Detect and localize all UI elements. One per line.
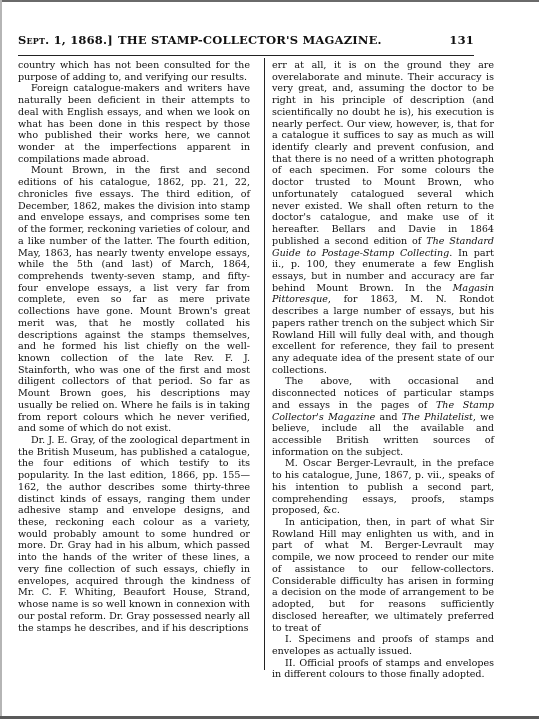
right-column: err at all, it is on the ground they are…: [272, 60, 494, 681]
paragraph: The above, with occasional and disconnec…: [272, 376, 494, 458]
text-run: and: [375, 412, 401, 423]
column-divider: [264, 58, 265, 670]
left-column: country which has not been consulted for…: [18, 60, 250, 634]
paragraph: country which has not been consulted for…: [18, 60, 250, 83]
paragraph: In anticipation, then, in part of what S…: [272, 517, 494, 634]
header-rule: [18, 55, 474, 56]
text-run: , for 1863, M. N. Rondot describes a lar…: [272, 294, 494, 375]
paragraph: Foreign catalogue-makers and writers hav…: [18, 83, 250, 165]
text-run: err at all, it is on the ground they are…: [272, 60, 494, 247]
page-border-left: [0, 0, 2, 719]
magazine-title: THE STAMP-COLLECTOR'S MAGAZINE.: [118, 33, 382, 47]
paragraph: Dr. J. E. Gray, of the zoological depart…: [18, 435, 250, 634]
issue-date: Sept. 1, 1868.]: [18, 33, 113, 47]
paragraph: M. Oscar Berger-Levrault, in the preface…: [272, 458, 494, 517]
paragraph: Mount Brown, in the first and second edi…: [18, 165, 250, 435]
list-item: II. Official proofs of stamps and envelo…: [272, 658, 494, 681]
list-item: I. Specimens and proofs of stamps and en…: [272, 634, 494, 657]
page-border-top: [0, 0, 539, 2]
publication-title: The Philatelist: [402, 412, 473, 423]
page-number: 131: [449, 33, 474, 47]
running-head: Sept. 1, 1868.] THE STAMP-COLLECTOR'S MA…: [18, 33, 474, 49]
paragraph: err at all, it is on the ground they are…: [272, 60, 494, 376]
